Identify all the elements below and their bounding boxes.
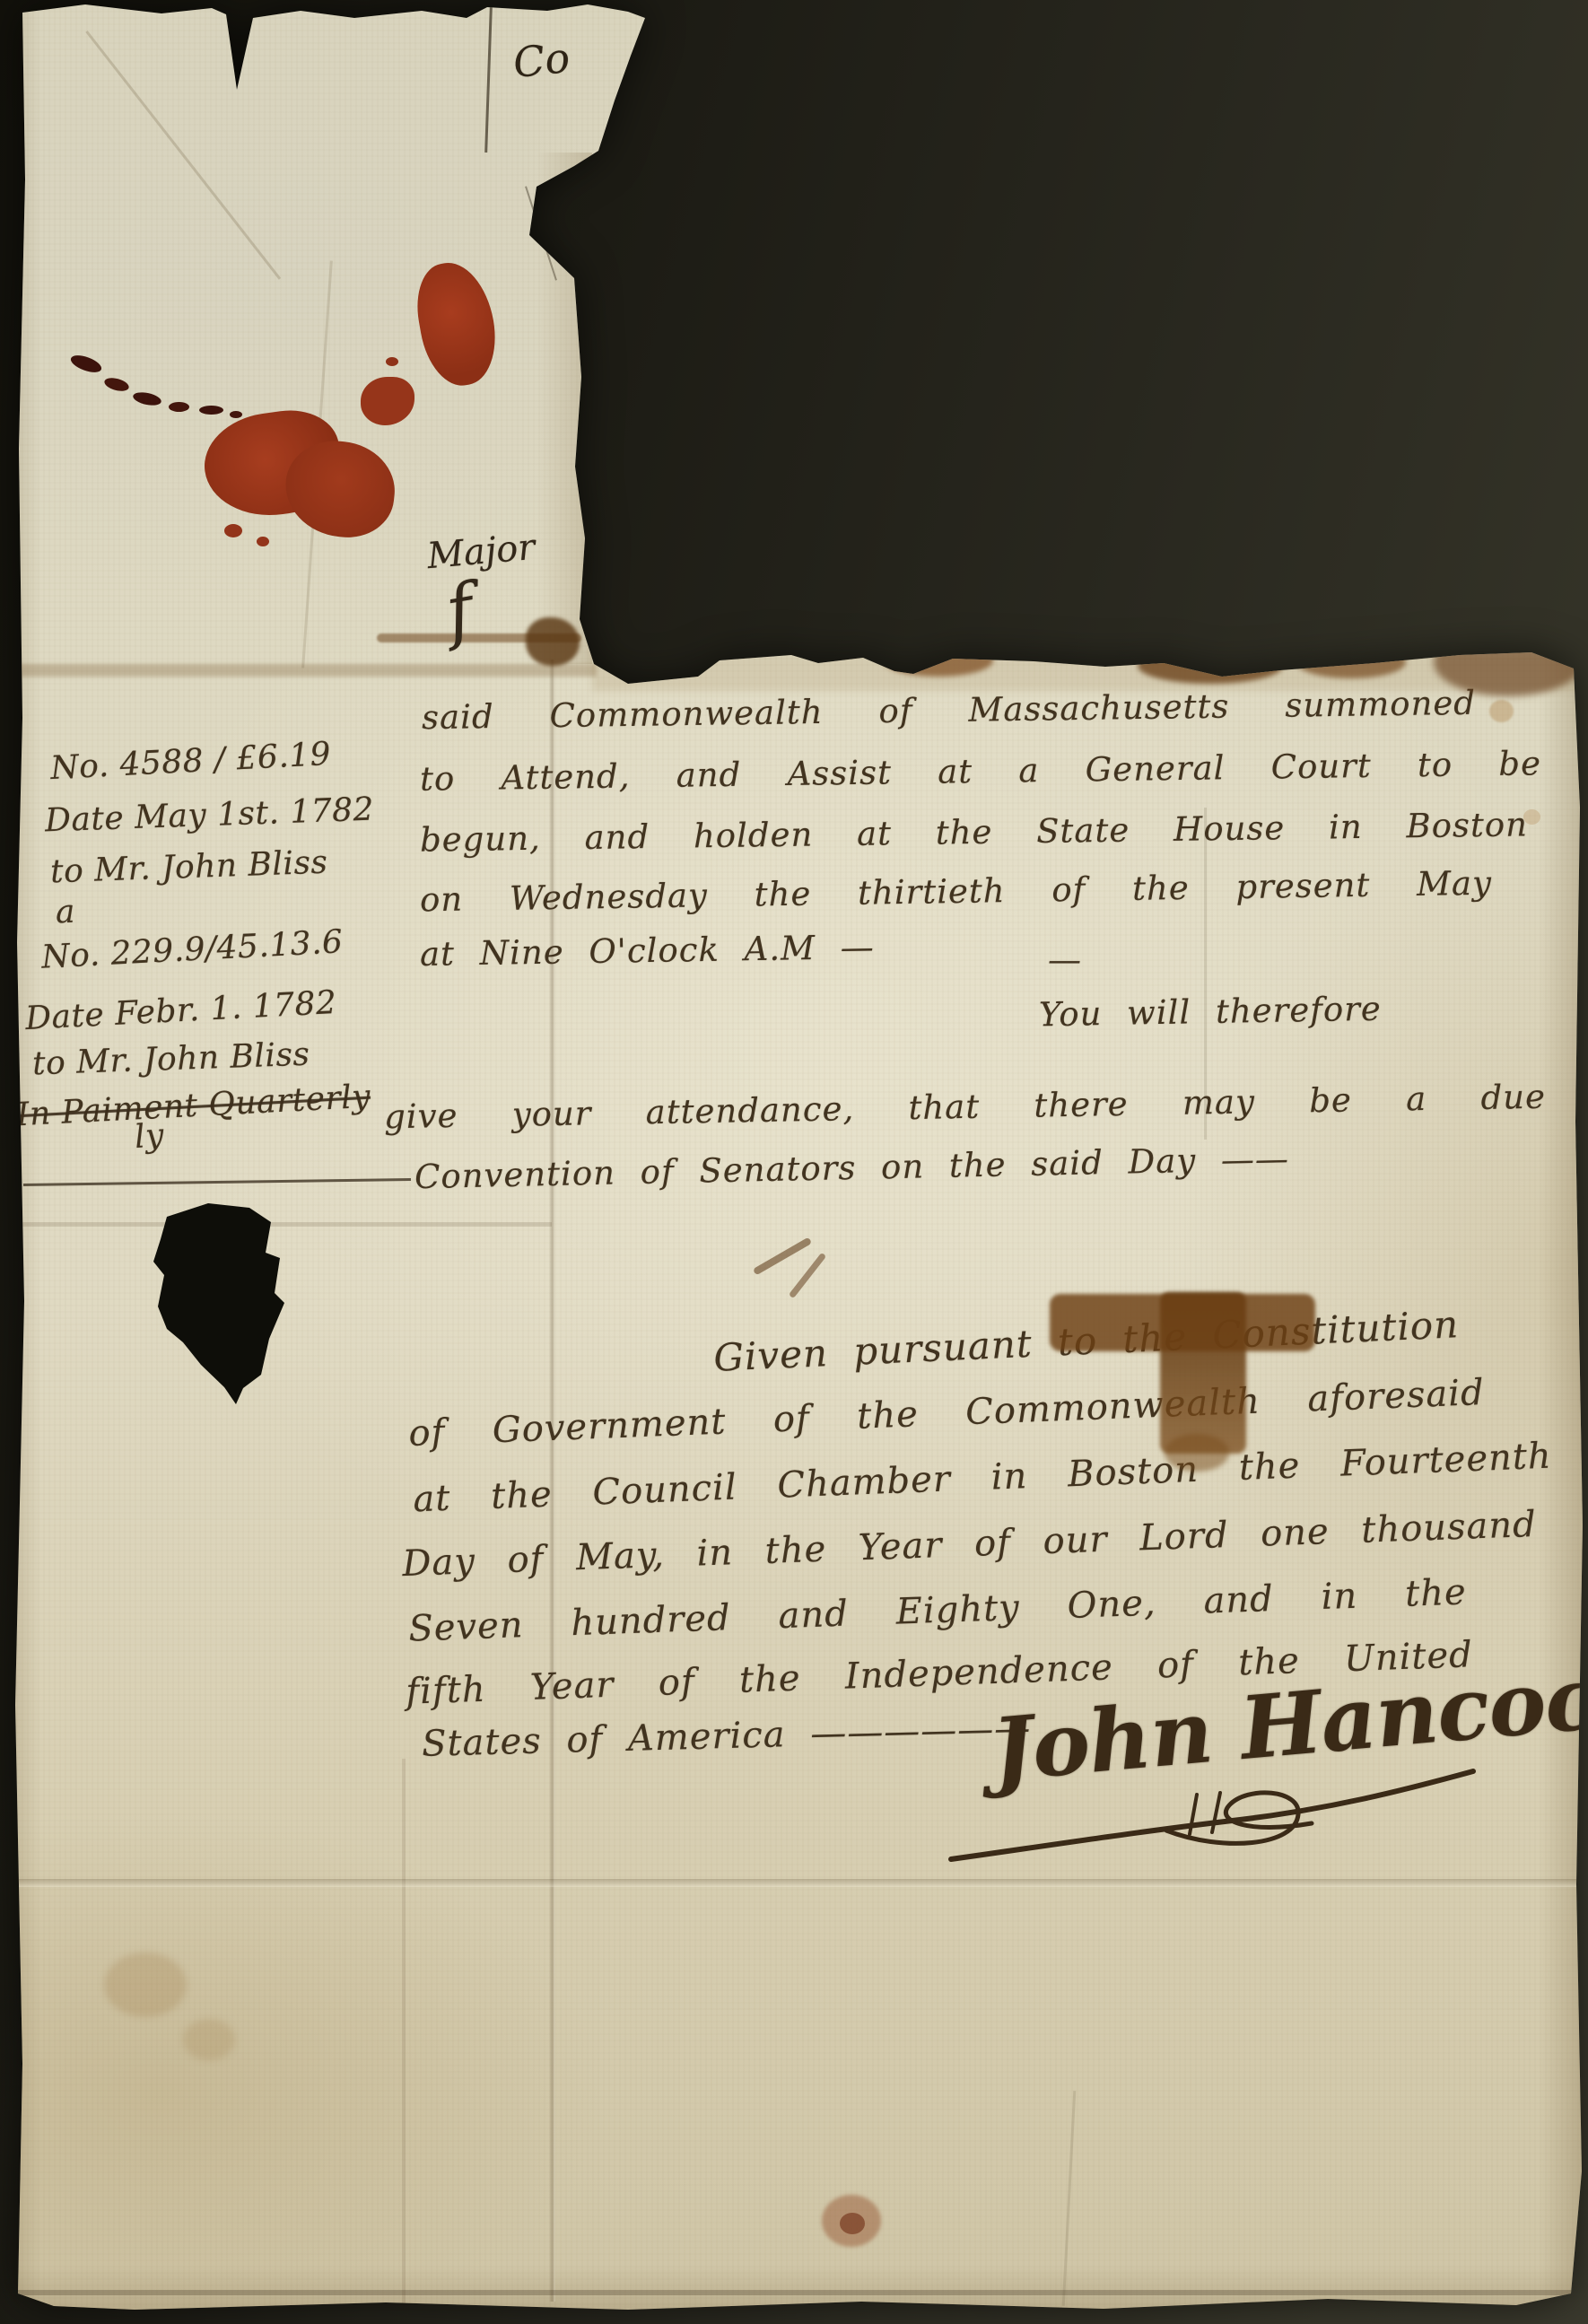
margin-note-recipient-1: to Mr. John Bliss xyxy=(49,844,328,891)
margin-note-carryover: ly xyxy=(134,1117,166,1156)
strip-diagonal-crease xyxy=(85,31,281,280)
body-convention: Convention of Senators on the said Day —… xyxy=(414,1140,1290,1196)
wax-smear-2 xyxy=(103,376,130,394)
age-spot-1 xyxy=(1489,700,1514,722)
junction-blob-stain xyxy=(526,617,580,666)
wax-seal-speck-1 xyxy=(224,524,242,537)
margin-note-number-1: No. 4588 / £6.19 xyxy=(49,736,332,787)
torn-edge-stain-2 xyxy=(1138,648,1283,684)
repair-stain-horizontal xyxy=(1050,1294,1315,1351)
body-line-5: at Nine O'clock A.M — xyxy=(420,928,875,974)
torn-edge-stain-3 xyxy=(1296,646,1406,678)
wax-seal-speck-2 xyxy=(257,537,269,546)
wax-smear-6 xyxy=(230,411,242,418)
body-line-2: to Attend, and Assist at a General Court… xyxy=(420,744,1541,798)
closing-line-5: Seven hundred and Eighty One, and in the xyxy=(408,1571,1468,1649)
wax-smear-4 xyxy=(169,402,189,412)
wax-smear-3 xyxy=(132,390,162,407)
wax-seal-speck-3 xyxy=(386,357,398,366)
wax-smear-5 xyxy=(199,406,223,415)
faint-blotch-2 xyxy=(183,2019,235,2060)
corner-edge-stain xyxy=(1434,628,1583,696)
verso-docket-text: Major xyxy=(425,527,537,577)
closing-line-7: States of America —————— xyxy=(422,1708,1032,1765)
margin-note-number-2: No. 229.9/45.13.6 xyxy=(40,923,344,976)
margin-note-a: a xyxy=(55,894,75,931)
wax-smear-1 xyxy=(69,352,104,375)
body-line-1: said Commonwealth of Massachusetts summo… xyxy=(422,684,1476,737)
vertical-crease-faint-2 xyxy=(402,1759,406,2306)
body-attendance: give your attendance, that there may be … xyxy=(384,1078,1547,1137)
strip-edge-shadow xyxy=(537,153,592,664)
rust-stain-core xyxy=(840,2213,865,2234)
body-line-3: begun, and holden at the State House in … xyxy=(420,805,1528,859)
horizontal-fold-low xyxy=(16,2290,1577,2295)
margin-note-recipient-2: to Mr. John Bliss xyxy=(31,1036,310,1083)
given-mark-1 xyxy=(753,1237,812,1276)
margin-underline xyxy=(23,1178,411,1186)
body-line-4: on Wednesday the thirtieth of the presen… xyxy=(420,864,1493,920)
faint-blotch-1 xyxy=(104,1953,187,2017)
tab-crack xyxy=(484,7,493,153)
margin-note-payment: In Paiment Quarterly xyxy=(15,1079,371,1134)
scanned-document: Co Major f No. 4588 / £6.19 Date May 1st… xyxy=(0,0,1588,2324)
body-therefore: You will therefore xyxy=(1039,990,1382,1035)
wax-seal-fragment-large xyxy=(410,257,504,391)
body-floating-dash: — xyxy=(1048,940,1082,979)
horizontal-fold-hole xyxy=(13,1222,552,1227)
margin-note-date-2: Date Febr. 1. 1782 xyxy=(24,984,337,1037)
torn-edge-stain-1 xyxy=(884,644,993,677)
margin-note-date-1: Date May 1st. 1782 xyxy=(44,791,374,840)
vertical-crease-faint-3 xyxy=(1062,2091,1077,2306)
paper-surface: Co Major f No. 4588 / £6.19 Date May 1st… xyxy=(0,0,1588,2324)
verso-corner-text: Co xyxy=(510,33,572,87)
repair-stain-tail xyxy=(1165,1434,1229,1472)
paper-sheet: Co Major f No. 4588 / £6.19 Date May 1st… xyxy=(0,0,1588,2324)
closing-line-3: at the Council Chamber in Boston the Fou… xyxy=(413,1436,1553,1521)
horizontal-fold-mid xyxy=(16,1879,1577,1887)
closing-line-4: Day of May, in the Year of our Lord one … xyxy=(402,1504,1538,1585)
given-mark-2 xyxy=(789,1253,826,1299)
wax-seal-fragment-small xyxy=(361,377,414,425)
horizontal-fold-junction xyxy=(13,664,597,677)
closing-line-2: of Government of the Commonwealth afores… xyxy=(408,1372,1486,1455)
